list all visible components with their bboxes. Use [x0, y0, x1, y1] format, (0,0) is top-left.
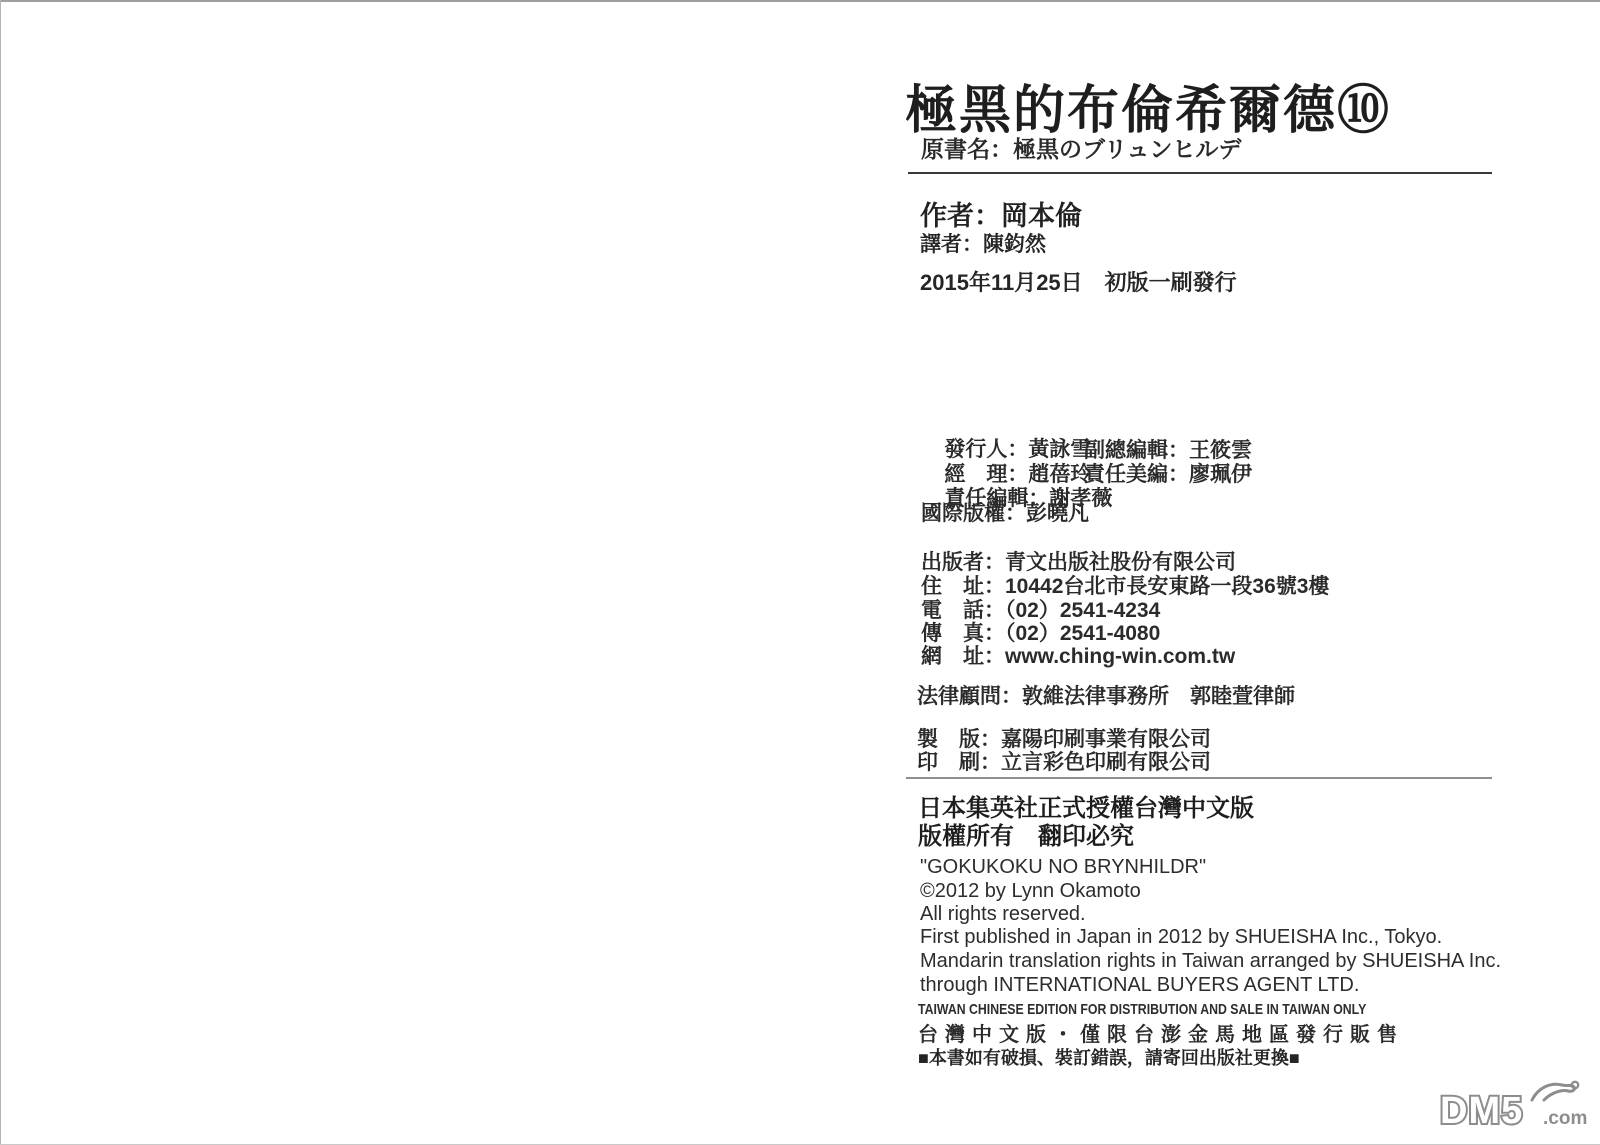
staff-right: 責任美編：廖珮伊: [1084, 458, 1252, 488]
publisher-website-line: 網 址：www.ching-win.com.tw: [921, 640, 1235, 670]
damage-replacement-notice: ■本書如有破損、裝訂錯誤，請寄回出版社更換■: [918, 1044, 1300, 1070]
rights-reserved-line: All rights reserved.: [920, 903, 1086, 926]
first-published-line: First published in Japan in 2012 by SHUE…: [920, 926, 1442, 949]
agent-line: through INTERNATIONAL BUYERS AGENT LTD.: [920, 974, 1359, 997]
original-title: 原書名：極黒のブリュンヒルデ: [921, 131, 1241, 164]
divider-rule-top: [908, 172, 1492, 174]
english-title-line: "GOKUKOKU NO BRYNHILDR": [920, 856, 1206, 879]
dm5-logo-text: DM5: [1440, 1090, 1523, 1133]
translation-rights-line: Mandarin translation rights in Taiwan ar…: [920, 950, 1501, 973]
scan-edge-top: [0, 0, 1600, 2]
copyright-year-line: ©2012 by Lynn Okamoto: [920, 880, 1141, 903]
divider-rule-bottom: [906, 777, 1492, 779]
all-rights-reserved-zh-line: 版權所有 翻印必究: [918, 816, 1134, 851]
edition-date-line: 2015年11月25日 初版一刷發行: [920, 266, 1237, 297]
legal-advisor-line: 法律顧問：敦維法律事務所 郭睦萱律師: [917, 680, 1295, 710]
taiwan-only-chinese-line: 台灣中文版・僅限台澎金馬地區發行販售: [918, 1018, 1404, 1047]
mouse-icon: [1528, 1080, 1584, 1109]
dm5-watermark: DM5 .com: [1440, 1088, 1598, 1134]
dm5-logo-suffix: .com: [1543, 1108, 1587, 1130]
scan-edge-left: [0, 0, 1, 1145]
taiwan-only-english-line: TAIWAN CHINESE EDITION FOR DISTRIBUTION …: [918, 1001, 1366, 1018]
colophon-page: 極黑的布倫希爾德⑩ 原書名：極黒のブリュンヒルデ 作者：岡本倫 譯者：陳鈞然 2…: [0, 0, 1600, 1145]
international-rights-line: 國際版權：彭曉凡: [921, 497, 1089, 527]
printing-line: 印 刷：立言彩色印刷有限公司: [917, 746, 1211, 776]
translator-line: 譯者：陳鈞然: [920, 228, 1046, 258]
